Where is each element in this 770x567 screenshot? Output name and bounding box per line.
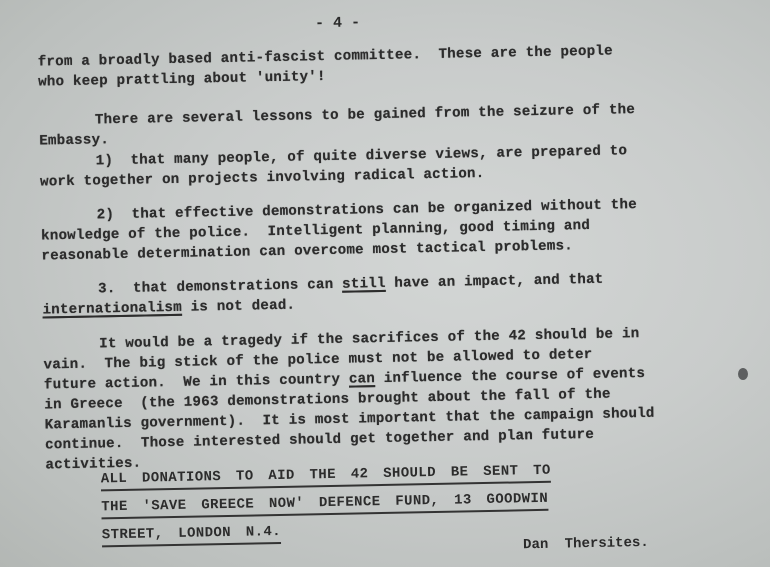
emphasis-can: can: [349, 371, 375, 387]
paragraph-line: from a broadly based anti-fascist commit…: [38, 43, 613, 70]
donation-notice-line: THE 'SAVE GREECE NOW' DEFENCE FUND, 13 G…: [101, 491, 548, 520]
lesson-3-line: 3. that demonstrations can still have an…: [98, 272, 604, 298]
emphasis-still: still: [342, 276, 386, 293]
emphasis-internationalism: internationalism: [42, 300, 182, 319]
paragraph-line: Embassy.: [39, 132, 109, 149]
paragraph-line: There are several lessons to be gained f…: [95, 102, 635, 128]
lesson-1-line: work together on projects involving radi…: [40, 166, 485, 191]
text: is not dead.: [182, 298, 296, 316]
typewritten-page: - 4 - from a broadly based anti-fascist …: [0, 0, 770, 567]
paragraph-line: who keep prattling about 'unity'!: [38, 69, 326, 91]
donation-notice-line: ALL DONATIONS TO AID THE 42 SHOULD BE SE…: [101, 463, 551, 492]
donation-notice-line: STREET, LONDON N.4.: [102, 524, 282, 547]
ink-blot: [738, 368, 748, 380]
lesson-1-line: 1) that many people, of quite diverse vi…: [96, 143, 628, 169]
signature: Dan Thersites.: [523, 535, 649, 553]
lesson-3-line: internationalism is not dead.: [42, 298, 295, 319]
page-number: - 4 -: [315, 14, 360, 32]
text: have an impact, and that: [386, 272, 604, 292]
text: influence the course of events: [375, 366, 645, 387]
text: 3. that demonstrations can: [98, 277, 342, 298]
text: future action. We in this country: [44, 372, 349, 394]
